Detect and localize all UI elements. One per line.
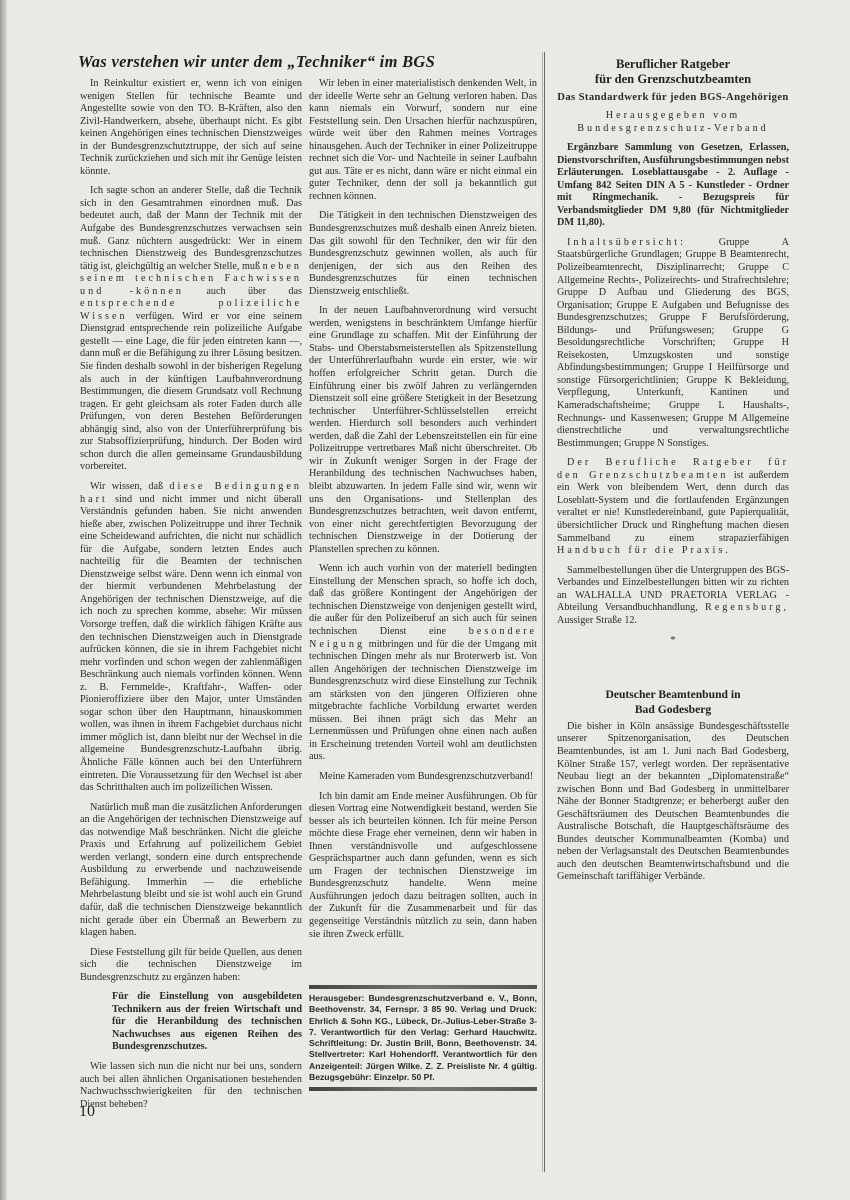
- divider: [309, 985, 537, 989]
- scan-edge: [0, 0, 7, 1200]
- ad-contents: Inhaltsübersicht: Gruppe A Staatsbürgerl…: [557, 237, 789, 450]
- paragraph: Die Tätigkeit in den technischen Dienstz…: [309, 210, 537, 298]
- paragraph: Ich bin damit am Ende meiner Ausführunge…: [309, 791, 537, 942]
- article-column-1: In Reinkultur existiert er, wenn ich von…: [80, 78, 302, 1118]
- paragraph: Ich sagte schon an anderer Stelle, daß d…: [80, 185, 302, 474]
- paragraph: Wie lassen sich nun die nicht nur bei un…: [80, 1061, 302, 1111]
- article-title: Was verstehen wir unter dem „Techniker“ …: [78, 52, 540, 72]
- paragraph: Natürlich muß man die zusätzlichen Anfor…: [80, 802, 302, 940]
- sidebar-column: Beruflicher Ratgeber für den Grenzschutz…: [557, 57, 789, 891]
- paragraph: In Reinkultur existiert er, wenn ich von…: [80, 78, 302, 178]
- paragraph: Meine Kameraden vom Bundesgrenzschutzver…: [309, 771, 537, 784]
- column-rule: [542, 52, 543, 1172]
- ad-title: Beruflicher Ratgeber für den Grenzschutz…: [557, 57, 789, 87]
- divider: [309, 1087, 537, 1091]
- page-number: 10: [79, 1103, 95, 1121]
- ad-order-info: Sammelbestellungen über die Untergruppen…: [557, 565, 789, 628]
- news-title: Deutscher Beamtenbund in Bad Godesberg: [557, 687, 789, 717]
- paragraph: Wir wissen, daß diese Bedingungen hart s…: [80, 481, 302, 795]
- imprint-box: Herausgeber: Bundesgrenzschutzverband e.…: [309, 985, 537, 1091]
- column-rule: [544, 52, 545, 1172]
- article-column-2: Wir leben in einer materialistisch denke…: [309, 78, 537, 948]
- imprint-text: Herausgeber: Bundesgrenzschutzverband e.…: [309, 993, 537, 1083]
- paragraph: In der neuen Laufbahnverordnung wird ver…: [309, 305, 537, 556]
- ad-publisher: Herausgegeben vom Bundesgrenzschutz-Verb…: [557, 110, 789, 135]
- paragraph: Wenn ich auch vorhin von der materiell b…: [309, 563, 537, 764]
- paragraph: Diese Feststellung gilt für beide Quelle…: [80, 947, 302, 985]
- section-separator: *: [557, 634, 789, 647]
- ad-praise: Der Berufliche Ratgeber für den Grenzsch…: [557, 457, 789, 557]
- ad-subtitle: Das Standardwerk für jeden BGS-Angehörig…: [557, 91, 789, 104]
- news-body: Die bisher in Köln ansässige Bundesgesch…: [557, 721, 789, 884]
- document-page: Was verstehen wir unter dem „Techniker“ …: [0, 0, 850, 1200]
- ad-description: Ergänzbare Sammlung von Gesetzen, Erlass…: [557, 142, 789, 230]
- highlighted-statement: Für die Einstellung von ausgebildeten Te…: [112, 991, 302, 1054]
- paragraph: Wir leben in einer materialistisch denke…: [309, 78, 537, 203]
